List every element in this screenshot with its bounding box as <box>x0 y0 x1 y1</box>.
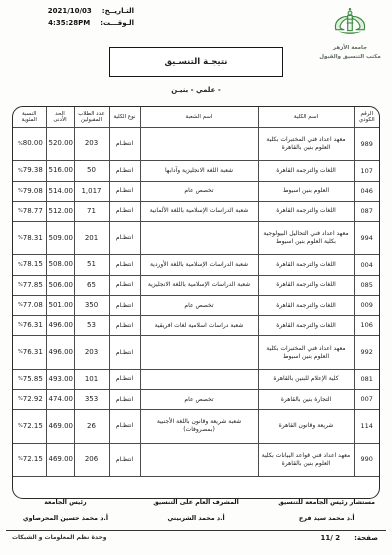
branch-cell <box>140 222 258 255</box>
code-cell: 087 <box>354 201 379 221</box>
type-cell: انتظـام <box>109 255 140 275</box>
min-score-cell: 501.00 <box>46 295 74 315</box>
percent-value: 77.85 <box>23 281 43 290</box>
min-score-cell: 469.00 <box>46 410 74 443</box>
university-logo-block: جامعة الأزهر مكتب التنسيق والقبول <box>318 4 382 60</box>
branch-cell: شعبة شريعة وقانون باللغة الأجنبية (بمصرو… <box>140 410 258 443</box>
min-score-cell: 516.00 <box>46 161 74 181</box>
students-cell: 350 <box>74 295 109 315</box>
percent-cell: % 78.31 <box>13 222 46 255</box>
table-row: 994 معهد اعداد فني التحاليل البيولوجية ب… <box>13 222 379 255</box>
branch-cell: تخصص عام <box>140 295 258 315</box>
percent-cell: % 77.08 <box>13 295 46 315</box>
coordination-office-name: مكتب التنسيق والقبول <box>318 54 382 60</box>
date-value: 2021/10/03 <box>48 7 92 15</box>
college-cell: اللغات والترجمة القاهرة <box>258 295 354 315</box>
branch-cell: شعبة اللغة الانجليزية وآدابها <box>140 161 258 181</box>
signatory-supervisor: المشرف العام على التنسيق أ.د محمد الشربي… <box>131 499 262 522</box>
percent-value: 78.15 <box>23 260 43 269</box>
percent-value: 72.15 <box>23 455 43 464</box>
code-cell: 007 <box>354 390 379 410</box>
type-cell: انتظـام <box>109 410 140 443</box>
percent-value: 78.31 <box>23 234 43 243</box>
percent-cell: % 76.31 <box>13 316 46 336</box>
type-cell: انتظـام <box>109 295 140 315</box>
percent-value: 72.15 <box>23 422 43 431</box>
college-cell: اللغات والترجمة القاهرة <box>258 201 354 221</box>
type-cell: انتظـام <box>109 201 140 221</box>
table-row: 085 اللغات والترجمة القاهرة شعبة الدراسا… <box>13 275 379 295</box>
page-number: صفحة: 11/ 2 <box>320 534 378 542</box>
branch-cell: شعبة الدراسات الإسلامية باللغة الانجليزي… <box>140 275 258 295</box>
table-row: 114 شريعة وقانون القاهرة شعبة شريعة وقان… <box>13 410 379 443</box>
date-label: التـاريــخ: <box>102 7 134 15</box>
type-cell: انتظـام <box>109 128 140 161</box>
college-cell: اللغات والترجمة القاهرة <box>258 275 354 295</box>
branch-cell <box>140 369 258 389</box>
header-branch: اسم الشعبة <box>140 107 258 128</box>
percent-value: 80.00 <box>23 139 43 148</box>
college-cell: العلوم بنين اسيوط <box>258 181 354 201</box>
results-table-frame: الرقم الكودي اسم الكلية اسم الشعبة نوع ا… <box>12 106 380 499</box>
code-cell: 994 <box>354 222 379 255</box>
signatory-title: مستشار رئيس الجامعة للتنسيق <box>261 499 392 506</box>
branch-cell: شعبة الدراسات الإسلامية باللغة الأوردية <box>140 255 258 275</box>
college-cell: معهد اعداد فني المختبرات بكلية العلوم بن… <box>258 128 354 161</box>
signatory-advisor: مستشار رئيس الجامعة للتنسيق أ.د محمد سيد… <box>261 499 392 522</box>
code-cell: 990 <box>354 443 379 476</box>
signatory-title: رئيس الجامعة <box>0 499 131 506</box>
college-cell: شريعة وقانون القاهرة <box>258 410 354 443</box>
table-row: 087 اللغات والترجمة القاهرة شعبة الدراسا… <box>13 201 379 221</box>
percent-value: 79.38 <box>23 166 43 175</box>
min-score-cell: 520.00 <box>46 128 74 161</box>
time-value: 4:35:28PM <box>48 19 90 27</box>
table-row: 992 معهد اعداد فني المختبرات بكلية العلو… <box>13 336 379 369</box>
students-cell: 51 <box>74 255 109 275</box>
percent-cell: % 78.77 <box>13 201 46 221</box>
branch-cell: تخصص عام <box>140 390 258 410</box>
min-score-cell: 493.00 <box>46 369 74 389</box>
results-table: الرقم الكودي اسم الكلية اسم الشعبة نوع ا… <box>13 107 379 477</box>
signature-block: مستشار رئيس الجامعة للتنسيق أ.د محمد سيد… <box>0 499 392 522</box>
type-cell: انتظـام <box>109 336 140 369</box>
students-cell: 26 <box>74 410 109 443</box>
branch-cell: شعبة دراسات اسلامية لغات افريقية <box>140 316 258 336</box>
min-score-cell: 474.00 <box>46 390 74 410</box>
percent-value: 76.31 <box>23 321 43 330</box>
header-type: نوع الكلية <box>109 107 140 128</box>
branch-cell <box>140 336 258 369</box>
report-title-box: نتيجـة التنسـيق <box>109 47 283 77</box>
document-page: التـاريــخ: 2021/10/03 الـوقـــت: 4:35:2… <box>0 0 392 555</box>
college-cell: معهد اعداد فني قواعد البيانات بكلية العل… <box>258 443 354 476</box>
page-label: صفحة: <box>354 534 378 542</box>
time-row: الـوقـــت: 4:35:28PM <box>14 19 134 27</box>
min-score-cell: 506.00 <box>46 275 74 295</box>
signatory-name: أ.د محمد الشربيني <box>131 515 262 522</box>
students-cell: 201 <box>74 222 109 255</box>
students-cell: 50 <box>74 161 109 181</box>
footer-divider <box>6 530 386 531</box>
students-cell: 203 <box>74 336 109 369</box>
type-cell: انتظـام <box>109 443 140 476</box>
percent-value: 76.31 <box>23 348 43 357</box>
header-students: عدد الطلاب المقبولين <box>74 107 109 128</box>
branch-cell: تخصص عام <box>140 181 258 201</box>
header-percent: النسبة المئوية <box>13 107 46 128</box>
header-min: الحد الأدنى <box>46 107 74 128</box>
table-row: 009 اللغات والترجمة القاهرة تخصص عام انت… <box>13 295 379 315</box>
percent-value: 77.08 <box>23 301 43 310</box>
students-cell: 53 <box>74 316 109 336</box>
branch-cell <box>140 128 258 161</box>
college-cell: معهد اعداد فني التحاليل البيولوجية بكلية… <box>258 222 354 255</box>
signatory-title: المشرف العام على التنسيق <box>131 499 262 506</box>
college-cell: اللغات والترجمة القاهرة <box>258 161 354 181</box>
code-cell: 107 <box>354 161 379 181</box>
percent-cell: % 76.31 <box>13 336 46 369</box>
percent-cell: % 77.85 <box>13 275 46 295</box>
code-cell: 114 <box>354 410 379 443</box>
type-cell: انتظـام <box>109 316 140 336</box>
table-row: 990 معهد اعداد فني قواعد البيانات بكلية … <box>13 443 379 476</box>
signatory-president: رئيس الجامعة أ.د محمد حسين المحرصاوي <box>0 499 131 522</box>
college-cell: التجارة بنين بالقاهرة <box>258 390 354 410</box>
min-score-cell: 496.00 <box>46 316 74 336</box>
code-cell: 046 <box>354 181 379 201</box>
students-cell: 101 <box>74 369 109 389</box>
percent-cell: % 72.15 <box>13 410 46 443</box>
min-score-cell: 514.00 <box>46 181 74 201</box>
college-cell: اللغات والترجمة القاهرة <box>258 255 354 275</box>
percent-value: 78.77 <box>23 207 43 216</box>
datetime-block: التـاريــخ: 2021/10/03 الـوقـــت: 4:35:2… <box>14 7 134 31</box>
type-cell: انتظـام <box>109 390 140 410</box>
college-cell: اللغات والترجمة القاهرة <box>258 316 354 336</box>
students-cell: 65 <box>74 275 109 295</box>
code-cell: 009 <box>354 295 379 315</box>
table-row: 107 اللغات والترجمة القاهرة شعبة اللغة ا… <box>13 161 379 181</box>
min-score-cell: 469.00 <box>46 443 74 476</box>
type-cell: انتظـام <box>109 369 140 389</box>
signatory-name: أ.د محمد حسين المحرصاوي <box>0 515 131 522</box>
students-cell: 206 <box>74 443 109 476</box>
table-header-row: الرقم الكودي اسم الكلية اسم الشعبة نوع ا… <box>13 107 379 128</box>
min-score-cell: 508.00 <box>46 255 74 275</box>
type-cell: انتظـام <box>109 181 140 201</box>
table-row: 046 العلوم بنين اسيوط تخصص عام انتظـام 1… <box>13 181 379 201</box>
code-cell: 106 <box>354 316 379 336</box>
students-cell: 203 <box>74 128 109 161</box>
code-cell: 989 <box>354 128 379 161</box>
percent-value: 79.08 <box>23 187 43 196</box>
branch-cell <box>140 443 258 476</box>
students-cell: 1,017 <box>74 181 109 201</box>
min-score-cell: 496.00 <box>46 336 74 369</box>
percent-cell: % 72.92 <box>13 390 46 410</box>
table-row: 989 معهد اعداد فني المختبرات بكلية العلو… <box>13 128 379 161</box>
min-score-cell: 509.00 <box>46 222 74 255</box>
percent-cell: % 79.38 <box>13 161 46 181</box>
percent-value: 72.92 <box>23 395 43 404</box>
percent-cell: % 80.00 <box>13 128 46 161</box>
branch-cell: شعبة الدراسات الإسلامية باللغة الألمانية <box>140 201 258 221</box>
percent-cell: % 78.15 <box>13 255 46 275</box>
students-cell: 71 <box>74 201 109 221</box>
table-row: 081 كلية الإعلام للبنين بالقاهرة انتظـام… <box>13 369 379 389</box>
it-unit-label: وحدة نظم المعلومات و الشبكات <box>12 534 107 541</box>
table-row: 004 اللغات والترجمة القاهرة شعبة الدراسا… <box>13 255 379 275</box>
percent-cell: % 75.85 <box>13 369 46 389</box>
students-cell: 353 <box>74 390 109 410</box>
date-row: التـاريــخ: 2021/10/03 <box>14 7 134 15</box>
table-body: 989 معهد اعداد فني المختبرات بكلية العلو… <box>13 128 379 477</box>
report-title: نتيجـة التنسـيق <box>164 57 227 67</box>
type-cell: انتظـام <box>109 275 140 295</box>
percent-cell: % 72.15 <box>13 443 46 476</box>
college-cell: معهد اعداد فني المختبرات بكلية العلوم بن… <box>258 336 354 369</box>
type-cell: انتظـام <box>109 161 140 181</box>
percent-value: 75.85 <box>23 375 43 384</box>
page-value: 11/ 2 <box>320 534 340 542</box>
table-row: 106 اللغات والترجمة القاهرة شعبة دراسات … <box>13 316 379 336</box>
al-azhar-emblem-icon <box>318 4 382 42</box>
college-cell: كلية الإعلام للبنين بالقاهرة <box>258 369 354 389</box>
percent-cell: % 79.08 <box>13 181 46 201</box>
report-subtitle: - علمي - بنيـن <box>0 86 392 94</box>
table-row: 007 التجارة بنين بالقاهرة تخصص عام انتظـ… <box>13 390 379 410</box>
signatory-name: أ.د محمد سيد فرج <box>261 515 392 522</box>
header-code: الرقم الكودي <box>354 107 379 128</box>
header-college: اسم الكلية <box>258 107 354 128</box>
university-name: جامعة الأزهر <box>318 45 382 51</box>
time-label: الـوقـــت: <box>100 19 134 27</box>
code-cell: 004 <box>354 255 379 275</box>
code-cell: 081 <box>354 369 379 389</box>
code-cell: 085 <box>354 275 379 295</box>
code-cell: 992 <box>354 336 379 369</box>
type-cell: انتظـام <box>109 222 140 255</box>
min-score-cell: 512.00 <box>46 201 74 221</box>
footer-info-row: صفحة: 11/ 2 وحدة نظم المعلومات و الشبكات <box>12 534 378 542</box>
